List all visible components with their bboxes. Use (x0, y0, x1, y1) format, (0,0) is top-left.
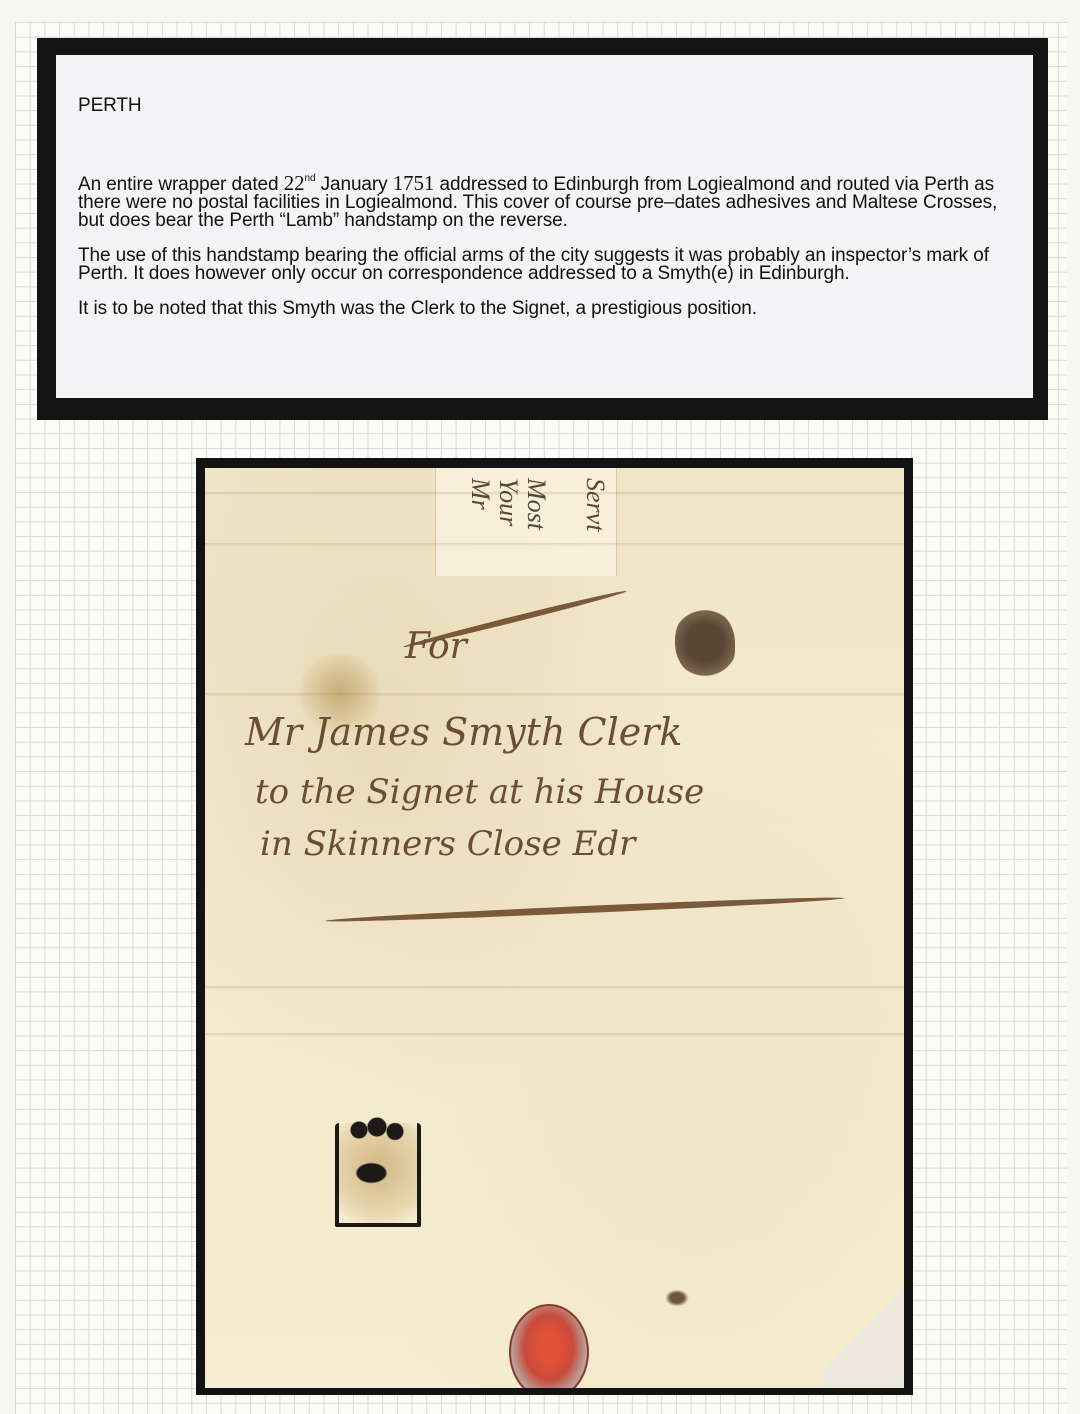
fold-line (205, 492, 904, 495)
address-line: in Skinners Close Edr (260, 824, 635, 864)
fold-line (205, 543, 904, 546)
flap-script: Mr (465, 478, 495, 510)
flap-script: Your (493, 478, 523, 526)
page-title: PERTH (78, 97, 1003, 115)
description-panel: PERTH An entire wrapper dated 22nd Janua… (37, 38, 1048, 420)
perth-lamb-handstamp (335, 1123, 421, 1227)
description-paragraph-3: It is to be noted that this Smyth was th… (78, 300, 1003, 318)
mount-corner (824, 1268, 904, 1388)
address-line: to the Signet at his House (255, 772, 704, 812)
fold-line (205, 1033, 904, 1036)
description-panel-inner: PERTH An entire wrapper dated 22nd Janua… (56, 55, 1033, 398)
address-line: For (405, 626, 467, 667)
date-day-suffix: nd (305, 173, 316, 184)
red-wax-seal (509, 1304, 589, 1388)
letter-wrapper-image: Mr Your Most Servt For Mr James Smyth Cl… (205, 468, 904, 1388)
flap-script: Servt (580, 478, 610, 531)
description-paragraph-2: The use of this handstamp bearing the of… (78, 247, 1003, 283)
flap-script: Most (521, 478, 551, 530)
description-paragraph-1: An entire wrapper dated 22nd January 175… (78, 174, 1003, 230)
ink-mark (663, 1288, 691, 1308)
underline-flourish (325, 895, 845, 925)
ink-blot (675, 608, 735, 678)
fold-line (205, 986, 904, 989)
letter-image-frame: Mr Your Most Servt For Mr James Smyth Cl… (196, 458, 913, 1395)
address-line: Mr James Smyth Clerk (245, 710, 682, 754)
